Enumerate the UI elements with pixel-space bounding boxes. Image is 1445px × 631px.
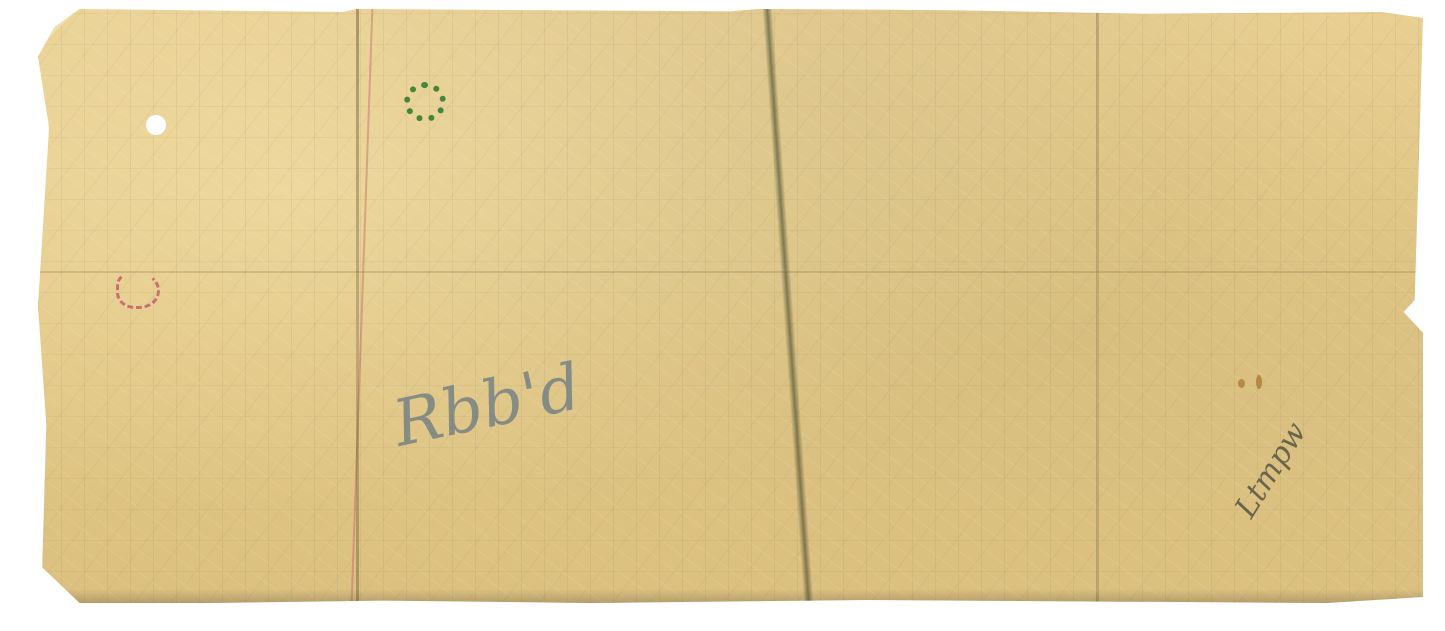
green-stamp-icon	[404, 82, 446, 122]
fold-line-vertical-right	[1096, 9, 1099, 603]
crackle-texture	[38, 9, 1423, 603]
rust-spot	[1256, 375, 1262, 389]
red-pencil-mark	[116, 271, 160, 309]
corner-fold	[38, 9, 78, 49]
scanned-document: Rbb'd Ltmpw	[0, 0, 1445, 631]
edge-wear	[38, 589, 1423, 603]
fold-line-horizontal	[38, 271, 1423, 273]
fold-line-vertical-left	[356, 9, 359, 603]
punch-hole	[146, 115, 166, 135]
rust-spot	[1238, 379, 1245, 388]
aged-paper-note: Rbb'd Ltmpw	[38, 9, 1423, 603]
